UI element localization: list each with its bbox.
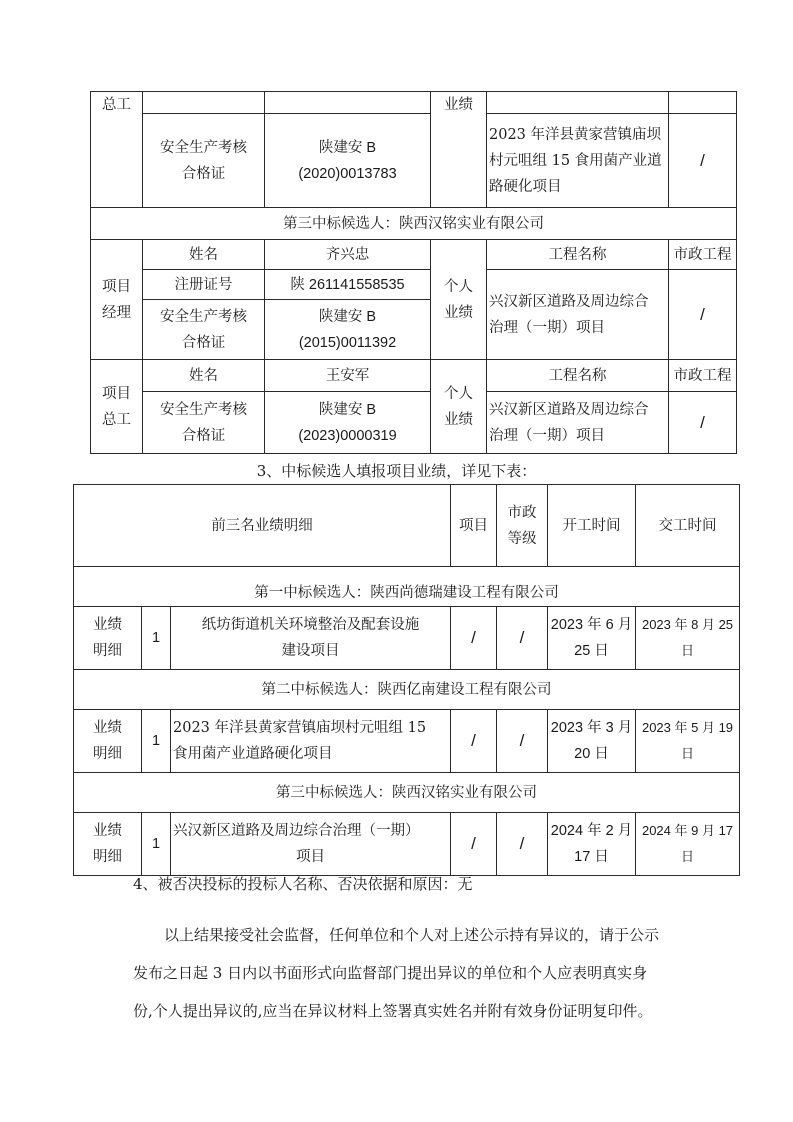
project-header: 工程名称 bbox=[487, 360, 669, 392]
cert-label: 安全生产考核 合格证 bbox=[143, 392, 265, 454]
start-date: 2023 年 3 月20 日 bbox=[548, 710, 636, 773]
cert-label: 安全生产考核 合格证 bbox=[143, 300, 265, 360]
reg-value: 陕 261141558535 bbox=[265, 270, 431, 300]
grade-value: / bbox=[669, 114, 737, 208]
header-project: 项目 bbox=[451, 485, 497, 567]
end-date: 2024 年 9 月 17 日 bbox=[636, 813, 740, 876]
header-grade: 市政 等级 bbox=[497, 485, 548, 567]
name-label: 姓名 bbox=[143, 360, 265, 392]
grade-value: / bbox=[497, 813, 548, 876]
row-index: 1 bbox=[142, 710, 171, 773]
candidate-banner: 第二中标候选人：陕西亿南建设工程有限公司 bbox=[74, 670, 740, 710]
section-4-text: 4、被否决投标的投标人名称、否决依据和原因：无 bbox=[133, 866, 473, 902]
performance-label: 个人 业绩 bbox=[431, 360, 487, 454]
performance-label: 业绩 bbox=[431, 92, 487, 208]
role-label: 项目 经理 bbox=[91, 240, 143, 360]
grade-value: / bbox=[497, 607, 548, 670]
table-row: 业绩明细 1 2023 年洋县黄家营镇庙坝村元咀组 15食用菌产业道路硬化项目 … bbox=[74, 710, 740, 773]
section-3-heading: 3、中标候选人填报项目业绩，详见下表： bbox=[0, 460, 793, 481]
grade-header: 市政工程 bbox=[669, 360, 737, 392]
end-date: 2023 年 8 月 25 日 bbox=[636, 607, 740, 670]
grade-value: / bbox=[497, 710, 548, 773]
grade-header: 市政工程 bbox=[669, 240, 737, 270]
notice-line-3: 份,个人提出异议的,应当在异议材料上签署真实姓名并附有效身份证明复印件。 bbox=[133, 993, 653, 1029]
notice-line-1: 以上结果接受社会监督，任何单位和个人对上述公示持有异议的，请于公示 bbox=[164, 917, 659, 953]
row-label: 业绩明细 bbox=[74, 710, 142, 773]
header-detail: 前三名业绩明细 bbox=[74, 485, 451, 567]
performance-table: 前三名业绩明细 项目 市政 等级 开工时间 交工时间 第一中标候选人：陕西尚德瑞… bbox=[73, 484, 740, 876]
cert-value: 陕建安 B (2023)0000319 bbox=[265, 392, 431, 454]
name-value: 王安军 bbox=[265, 360, 431, 392]
header-row: 前三名业绩明细 项目 市政 等级 开工时间 交工时间 bbox=[74, 485, 740, 567]
header-start: 开工时间 bbox=[548, 485, 636, 567]
role-label: 总工 bbox=[91, 92, 143, 208]
name-label: 姓名 bbox=[143, 240, 265, 270]
row-label: 业绩明细 bbox=[74, 607, 142, 670]
candidate-banner: 第一中标候选人：陕西尚德瑞建设工程有限公司 bbox=[74, 567, 740, 607]
role-label: 项目 总工 bbox=[91, 360, 143, 454]
candidate-banner: 第三中标候选人：陕西汉铭实业有限公司 bbox=[91, 208, 737, 240]
candidate-banner: 第三中标候选人：陕西汉铭实业有限公司 bbox=[74, 773, 740, 813]
performance-label: 个人 业绩 bbox=[431, 240, 487, 360]
end-date: 2023 年 5 月 19 日 bbox=[636, 710, 740, 773]
header-end: 交工时间 bbox=[636, 485, 740, 567]
project-name: 2023 年洋县黄家营镇庙坝村元咀组 15食用菌产业道路硬化项目 bbox=[171, 710, 451, 773]
start-date: 2024 年 2 月17 日 bbox=[548, 813, 636, 876]
table-row: 业绩明细 1 纸坊街道机关环境整治及配套设施建设项目 / / 2023 年 6 … bbox=[74, 607, 740, 670]
row-label: 业绩明细 bbox=[74, 813, 142, 876]
cert-label: 安全生产考核 合格证 bbox=[143, 114, 265, 208]
project-header: 工程名称 bbox=[487, 240, 669, 270]
notice-line-2: 发布之日起 3 日内以书面形式向监督部门提出异议的单位和个人应表明真实身 bbox=[133, 955, 647, 991]
personnel-table: 总工 业绩 安全生产考核 合格证 陕建安 B (2020)0013783 202… bbox=[90, 91, 737, 454]
project-name: 纸坊街道机关环境整治及配套设施建设项目 bbox=[171, 607, 451, 670]
project-name: 2023 年洋县黄家营镇庙坝 村元咀组 15 食用菌产业道 路硬化项目 bbox=[487, 114, 669, 208]
project-value: / bbox=[451, 607, 497, 670]
row-index: 1 bbox=[142, 607, 171, 670]
name-value: 齐兴忠 bbox=[265, 240, 431, 270]
start-date: 2023 年 6 月25 日 bbox=[548, 607, 636, 670]
reg-label: 注册证号 bbox=[143, 270, 265, 300]
cert-value: 陕建安 B (2015)0011392 bbox=[265, 300, 431, 360]
project-value: / bbox=[451, 710, 497, 773]
grade-value: / bbox=[669, 392, 737, 454]
project-name: 兴汉新区道路及周边综合 治理（一期）项目 bbox=[487, 270, 669, 360]
grade-value: / bbox=[669, 270, 737, 360]
cert-value: 陕建安 B (2020)0013783 bbox=[265, 114, 431, 208]
project-name: 兴汉新区道路及周边综合 治理（一期）项目 bbox=[487, 392, 669, 454]
